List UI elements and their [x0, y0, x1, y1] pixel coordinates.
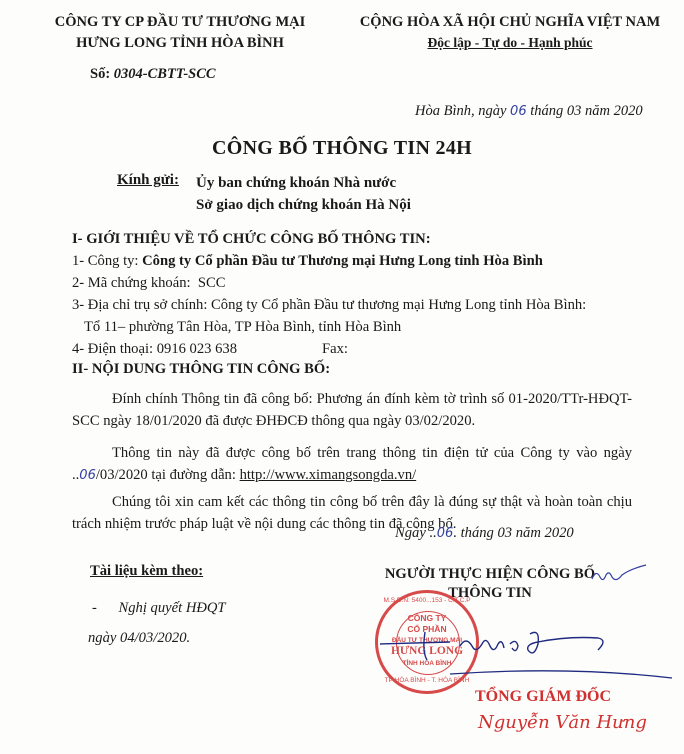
handwritten-day: 06	[437, 526, 454, 541]
attachment-item: - Nghị quyết HĐQT	[92, 600, 226, 617]
correction-paragraph: Đính chính Thông tin đã công bố: Phương …	[72, 388, 632, 432]
address-line2: Tổ 11– phường Tân Hòa, TP Hòa Bình, tỉnh…	[72, 316, 586, 338]
recipient-item: Ủy ban chứng khoán Nhà nước	[196, 172, 411, 194]
ticker-label: 2- Mã chứng khoán:	[72, 275, 191, 291]
signing-date: Ngày ..06. tháng 03 năm 2020	[395, 525, 574, 542]
section2-title: II- NỘI DUNG THÔNG TIN CÔNG BỐ:	[72, 358, 632, 380]
issuer-company-line1: CÔNG TY CP ĐẦU TƯ THƯƠNG MẠI	[30, 12, 330, 33]
recipients-label: Kính gửi:	[117, 172, 179, 189]
website-link[interactable]: http://www.ximangsongda.vn/	[240, 467, 417, 483]
national-header: CỘNG HÒA XÃ HỘI CHỦ NGHĨA VIỆT NAM Độc l…	[345, 12, 675, 53]
company-value: Công ty Cổ phần Đầu tư Thương mại Hưng L…	[142, 253, 543, 269]
handwritten-day: 06	[510, 104, 527, 119]
address-row: 3- Địa chỉ trụ sở chính: Công ty Cổ phần…	[72, 294, 586, 316]
fax-label: Fax:	[322, 338, 348, 360]
publication-paragraph: Thông tin này đã được công bố trên trang…	[72, 442, 632, 487]
document-title: CÔNG BỐ THÔNG TIN 24H	[0, 137, 684, 160]
seal-line1: CÔNG TY	[378, 613, 476, 623]
phone-row: 4- Điện thoại: 0916 023 638 Fax:	[72, 338, 586, 360]
address-value: Công ty Cổ phần Đầu tư thương mại Hưng L…	[211, 297, 586, 313]
handwritten-day: 06	[79, 468, 96, 483]
attachment-name: Nghị quyết HĐQT	[119, 600, 226, 616]
signing-date-prefix: Ngày ..	[395, 525, 437, 541]
section-disclosure-content: II- NỘI DUNG THÔNG TIN CÔNG BỐ: Đính chí…	[72, 358, 632, 535]
attachment-date: ngày 04/03/2020.	[88, 630, 190, 647]
national-motto: Độc lập - Tự do - Hạnh phúc	[427, 35, 592, 50]
recipients-list: Ủy ban chứng khoán Nhà nước Sở giao dịch…	[196, 172, 411, 216]
handwritten-signature-icon	[380, 630, 680, 690]
ticker-row: 2- Mã chứng khoán: SCC	[72, 272, 586, 294]
bullet: -	[92, 600, 97, 616]
publication-date-suffix: /03/2020 tại đường dẫn:	[96, 467, 236, 483]
section1-title: I- GIỚI THIỆU VỀ TỔ CHỨC CÔNG BỐ THÔNG T…	[72, 228, 586, 250]
issuer-company-name: CÔNG TY CP ĐẦU TƯ THƯƠNG MẠI HƯNG LONG T…	[30, 12, 330, 54]
signer-name: Nguyễn Văn Hưng	[478, 712, 647, 733]
initial-signature-icon	[590, 565, 650, 590]
signer-title-line1: NGƯỜI THỰC HIỆN CÔNG BỐ	[360, 565, 620, 584]
document-number-label: Số:	[90, 66, 110, 82]
place-date: Hòa Bình, ngày 06 tháng 03 năm 2020	[415, 103, 643, 120]
company-row: 1- Công ty: Công ty Cổ phần Đầu tư Thươn…	[72, 250, 586, 272]
ticker-value: SCC	[198, 275, 226, 291]
phone-label: 4- Điện thoại:	[72, 341, 153, 357]
issuer-company-line2: HƯNG LONG TỈNH HÒA BÌNH	[30, 33, 330, 54]
place-date-prefix: Hòa Bình, ngày	[415, 103, 506, 119]
company-label: 1- Công ty:	[72, 253, 138, 269]
country-name: CỘNG HÒA XÃ HỘI CHỦ NGHĨA VIỆT NAM	[345, 12, 675, 33]
signing-date-suffix: . tháng 03 năm 2020	[453, 525, 573, 541]
section-organization-info: I- GIỚI THIỆU VỀ TỔ CHỨC CÔNG BỐ THÔNG T…	[72, 228, 586, 360]
signer-role: TỔNG GIÁM ĐỐC	[475, 688, 611, 706]
document-number: Số: 0304-CBTT-SCC	[90, 66, 216, 83]
phone-value: 0916 023 638	[157, 341, 237, 357]
place-date-suffix: tháng 03 năm 2020	[530, 103, 642, 119]
publication-text: Thông tin này đã được công bố trên trang…	[112, 445, 632, 461]
seal-ring-top: M.S.D.N: 5400...153 - C.T.C.P	[382, 597, 472, 604]
attachments-label: Tài liệu kèm theo:	[90, 563, 203, 580]
document-number-value: 0304-CBTT-SCC	[114, 66, 216, 82]
address-label: 3- Địa chỉ trụ sở chính:	[72, 297, 207, 313]
recipient-item: Sở giao dịch chứng khoán Hà Nội	[196, 194, 411, 216]
